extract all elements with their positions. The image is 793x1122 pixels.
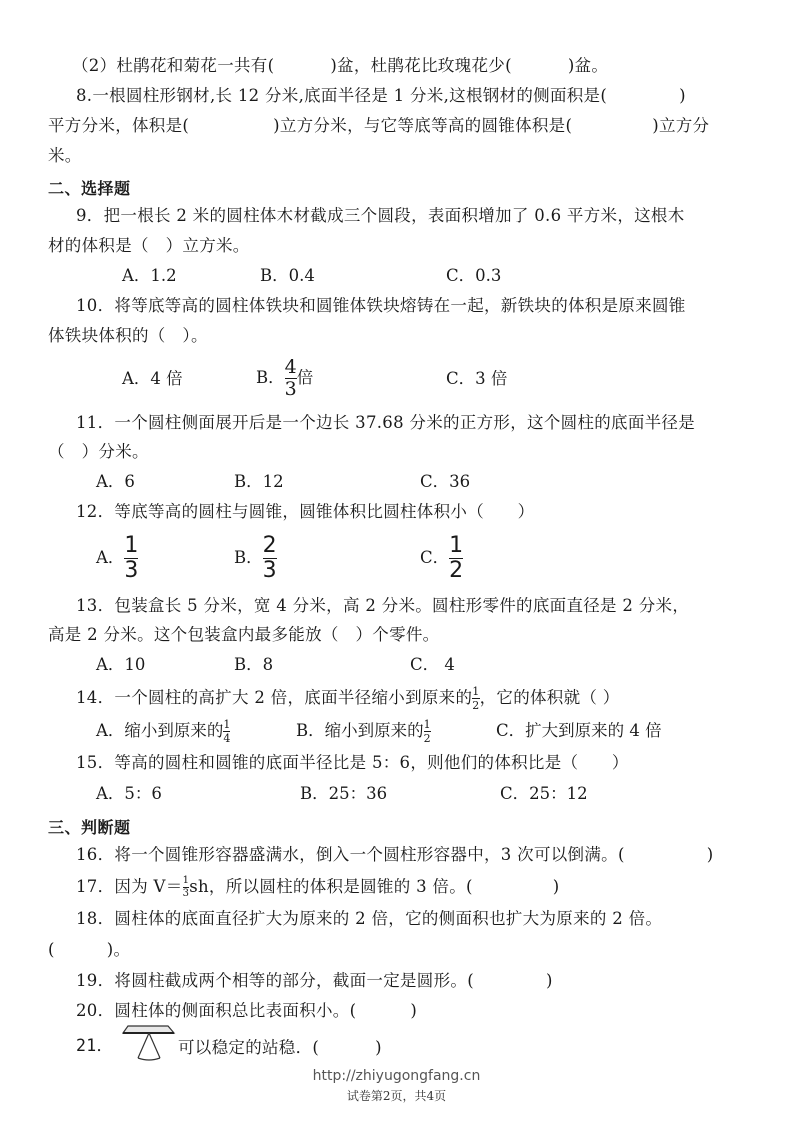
denominator: 2 [449, 560, 463, 582]
question-19: 19．将圆柱截成两个相等的部分，截面一定是圆形。() [76, 971, 553, 991]
question-13-line-2: 高是 2 分米。这个包装盒内最多能放（ ）个零件。 [48, 625, 440, 645]
q14-option-b[interactable]: B．缩小到原来的12 [296, 718, 431, 744]
option-text: B．缩小到原来的 [296, 721, 424, 740]
q14-text: ，它的体积就（ ） [480, 688, 620, 707]
question-14-line-1: 14．一个圆柱的高扩大 2 倍，底面半径缩小到原来的12，它的体积就（ ） [76, 686, 620, 711]
denominator: 4 [223, 733, 230, 744]
q20-text: 20．圆柱体的侧面积总比表面积小。( [76, 1001, 356, 1020]
numerator: 4 [285, 358, 297, 377]
q12-option-c[interactable]: C．12 [420, 530, 463, 586]
question-8-line-3: 米。 [48, 146, 82, 166]
q8-text: 平方分米，体积是( [48, 116, 189, 135]
q10-option-b[interactable]: B．43倍 [256, 354, 313, 402]
option-label: B． [234, 548, 263, 567]
numerator: 1 [124, 535, 138, 557]
question-21-number: 21． [76, 1036, 113, 1056]
q15-option-a[interactable]: A．5：6 [96, 784, 162, 804]
q7-text-a: （2）杜鹃花和菊花一共有( [72, 56, 274, 75]
q21-paren: ) [375, 1038, 382, 1057]
question-7-part-2: （2）杜鹃花和菊花一共有()盆，杜鹃花比玫瑰花少()盆。 [72, 56, 608, 76]
q14-option-c[interactable]: C．扩大到原来的 4 倍 [496, 721, 662, 741]
section-heading-multiple-choice: 二、选择题 [48, 176, 131, 199]
q13-option-a[interactable]: A．10 [96, 655, 145, 675]
q21-text: 可以稳定的站稳．( [178, 1038, 319, 1057]
numerator: 2 [263, 535, 277, 557]
fraction: 12 [449, 535, 463, 582]
option-label: A． [96, 548, 124, 567]
numerator: 1 [472, 686, 479, 697]
question-11-line-2: （ ）分米。 [48, 442, 149, 462]
q7-text-c: )盆。 [568, 56, 608, 75]
q11-option-a[interactable]: A．6 [96, 472, 135, 492]
numerator: 1 [449, 535, 463, 557]
fraction: 13 [124, 535, 138, 582]
q14-option-a[interactable]: A．缩小到原来的14 [96, 718, 230, 744]
q17-paren: ) [553, 877, 560, 896]
fraction: 12 [472, 686, 479, 711]
question-9-line-1: 9．把一根长 2 米的圆柱体木材截成三个圆段，表面积增加了 0.6 平方米，这根… [76, 206, 685, 226]
question-21-text: 可以稳定的站稳．() [178, 1038, 382, 1058]
numerator: 1 [424, 719, 431, 730]
question-10-line-1: 10．将等底等高的圆柱体铁块和圆锥体铁块熔铸在一起，新铁块的体积是原来圆锥 [76, 296, 686, 316]
q13-option-c[interactable]: C． 4 [410, 655, 455, 675]
question-18-line-1: 18．圆柱体的底面直径扩大为原来的 2 倍，它的侧面积也扩大为原来的 2 倍。 [76, 909, 662, 929]
fraction: 43 [285, 358, 297, 399]
question-18-line-2: ()。 [48, 940, 130, 960]
denominator: 3 [124, 560, 138, 582]
q8-text: )立方分米，与它等底等高的圆锥体积是( [273, 116, 572, 135]
q10-option-c[interactable]: C．3 倍 [446, 369, 507, 389]
q8-text: 8.一根圆柱形钢材,长 12 分米,底面半径是 1 分米,这根钢材的侧面积是( [76, 86, 607, 105]
denominator: 2 [424, 733, 431, 744]
question-15-line-1: 15．等高的圆柱和圆锥的底面半径比是 5：6，则他们的体积比是（ ） [76, 753, 629, 773]
q17-text: sh，所以圆柱的体积是圆锥的 3 倍。( [189, 877, 473, 896]
question-8-line-1: 8.一根圆柱形钢材,长 12 分米,底面半径是 1 分米,这根钢材的侧面积是() [76, 86, 686, 106]
numerator: 1 [223, 719, 230, 730]
option-text: A．缩小到原来的 [96, 721, 223, 740]
q11-option-c[interactable]: C．36 [420, 472, 470, 492]
fraction: 23 [263, 535, 277, 582]
q16-text: 16．将一个圆锥形容器盛满水，倒入一个圆柱形容器中，3 次可以倒满。( [76, 845, 625, 864]
cone-standing-on-tip-icon [122, 1024, 176, 1064]
option-label: C． [420, 548, 449, 567]
q15-option-c[interactable]: C．25：12 [500, 784, 588, 804]
q12-option-b[interactable]: B．23 [234, 530, 277, 586]
denominator: 3 [285, 380, 297, 399]
fraction: 12 [424, 719, 431, 744]
q18-paren: )。 [107, 940, 131, 959]
question-13-line-1: 13．包装盒长 5 分米，宽 4 分米，高 2 分米。圆柱形零件的底面直径是 2… [76, 596, 689, 616]
q7-text-b: )盆，杜鹃花比玫瑰花少( [330, 56, 511, 75]
q9-option-a[interactable]: A．1.2 [122, 266, 177, 286]
q10-option-a[interactable]: A．4 倍 [122, 369, 183, 389]
q17-text: 17．因为 V＝ [76, 877, 183, 896]
question-17: 17．因为 V＝13sh，所以圆柱的体积是圆锥的 3 倍。() [76, 874, 560, 900]
q14-text: 14．一个圆柱的高扩大 2 倍，底面半径缩小到原来的 [76, 688, 472, 707]
q19-text: 19．将圆柱截成两个相等的部分，截面一定是圆形。( [76, 971, 474, 990]
q15-option-b[interactable]: B．25：36 [300, 784, 387, 804]
q20-paren: ) [410, 1001, 417, 1020]
denominator: 2 [472, 700, 479, 711]
question-12-line-1: 12．等底等高的圆柱与圆锥，圆锥体积比圆柱体积小（ ） [76, 502, 534, 522]
q12-option-a[interactable]: A．13 [96, 530, 138, 586]
q13-option-b[interactable]: B．8 [234, 655, 273, 675]
q18-paren: ( [48, 940, 55, 959]
question-20: 20．圆柱体的侧面积总比表面积小。() [76, 1001, 417, 1021]
q8-paren: ) [679, 86, 686, 105]
question-16: 16．将一个圆锥形容器盛满水，倒入一个圆柱形容器中，3 次可以倒满。() [76, 845, 713, 865]
unit: 倍 [297, 368, 314, 387]
denominator: 3 [263, 560, 277, 582]
footer-page-number: 试卷第2页，共4页 [0, 1087, 793, 1104]
question-10-line-2: 体铁块体积的（ ）。 [48, 326, 208, 346]
footer-watermark-url: http://zhiyugongfang.cn [0, 1068, 793, 1084]
q16-paren: ) [707, 845, 714, 864]
q9-option-c[interactable]: C．0.3 [446, 266, 501, 286]
question-8-line-2: 平方分米，体积是()立方分米，与它等底等高的圆锥体积是()立方分 [48, 116, 709, 136]
section-heading-true-false: 三、判断题 [48, 815, 131, 838]
option-label: B． [256, 368, 285, 387]
q19-paren: ) [546, 971, 553, 990]
fraction: 14 [223, 719, 230, 744]
q8-text: )立方分 [652, 116, 709, 135]
question-11-line-1: 11．一个圆柱侧面展开后是一个边长 37.68 分米的正方形，这个圆柱的底面半径… [76, 413, 695, 433]
q9-option-b[interactable]: B．0.4 [260, 266, 315, 286]
question-9-line-2: 材的体积是（ ）立方米。 [48, 236, 250, 256]
q11-option-b[interactable]: B．12 [234, 472, 284, 492]
